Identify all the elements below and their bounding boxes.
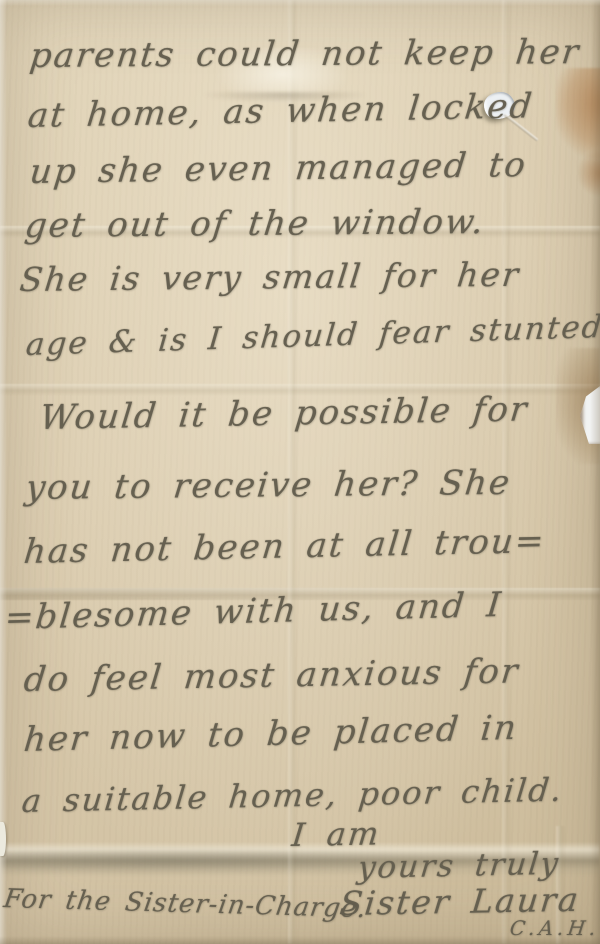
handwritten-line-1: parents could not keep her [28,32,583,76]
left-edge-highlight [0,0,7,944]
handwritten-line-12: her now to be placed in [22,708,520,760]
handwritten-line-8: you to receive her? She [24,463,514,508]
top-edge-highlight [0,0,600,6]
handwritten-line-3: up she even managed to [28,145,529,192]
handwritten-line-7: Would it be possible for [38,389,531,437]
handwritten-line-4: get out of the window. [23,202,488,246]
footer-annotation: For the Sister-in-Charge. [2,884,369,924]
left-edge-nick [0,822,6,856]
handwritten-line-2: at home, as when locked [26,86,536,136]
closing-line-i-am: I am [290,814,382,854]
handwritten-line-13: a suitable home, poor child. [20,771,565,820]
handwritten-line-6: age & is I should fear stunted. [24,309,600,363]
handwritten-line-5: She is very small for her [18,255,522,299]
letter-page: parents could not keep her at home, as w… [0,0,600,944]
handwritten-line-11: do feel most anxious for [22,651,522,700]
signature-initials: C.A.H. [509,916,600,940]
handwritten-line-9: has not been at all trou= [22,521,548,572]
right-edge-shadow [590,0,600,944]
